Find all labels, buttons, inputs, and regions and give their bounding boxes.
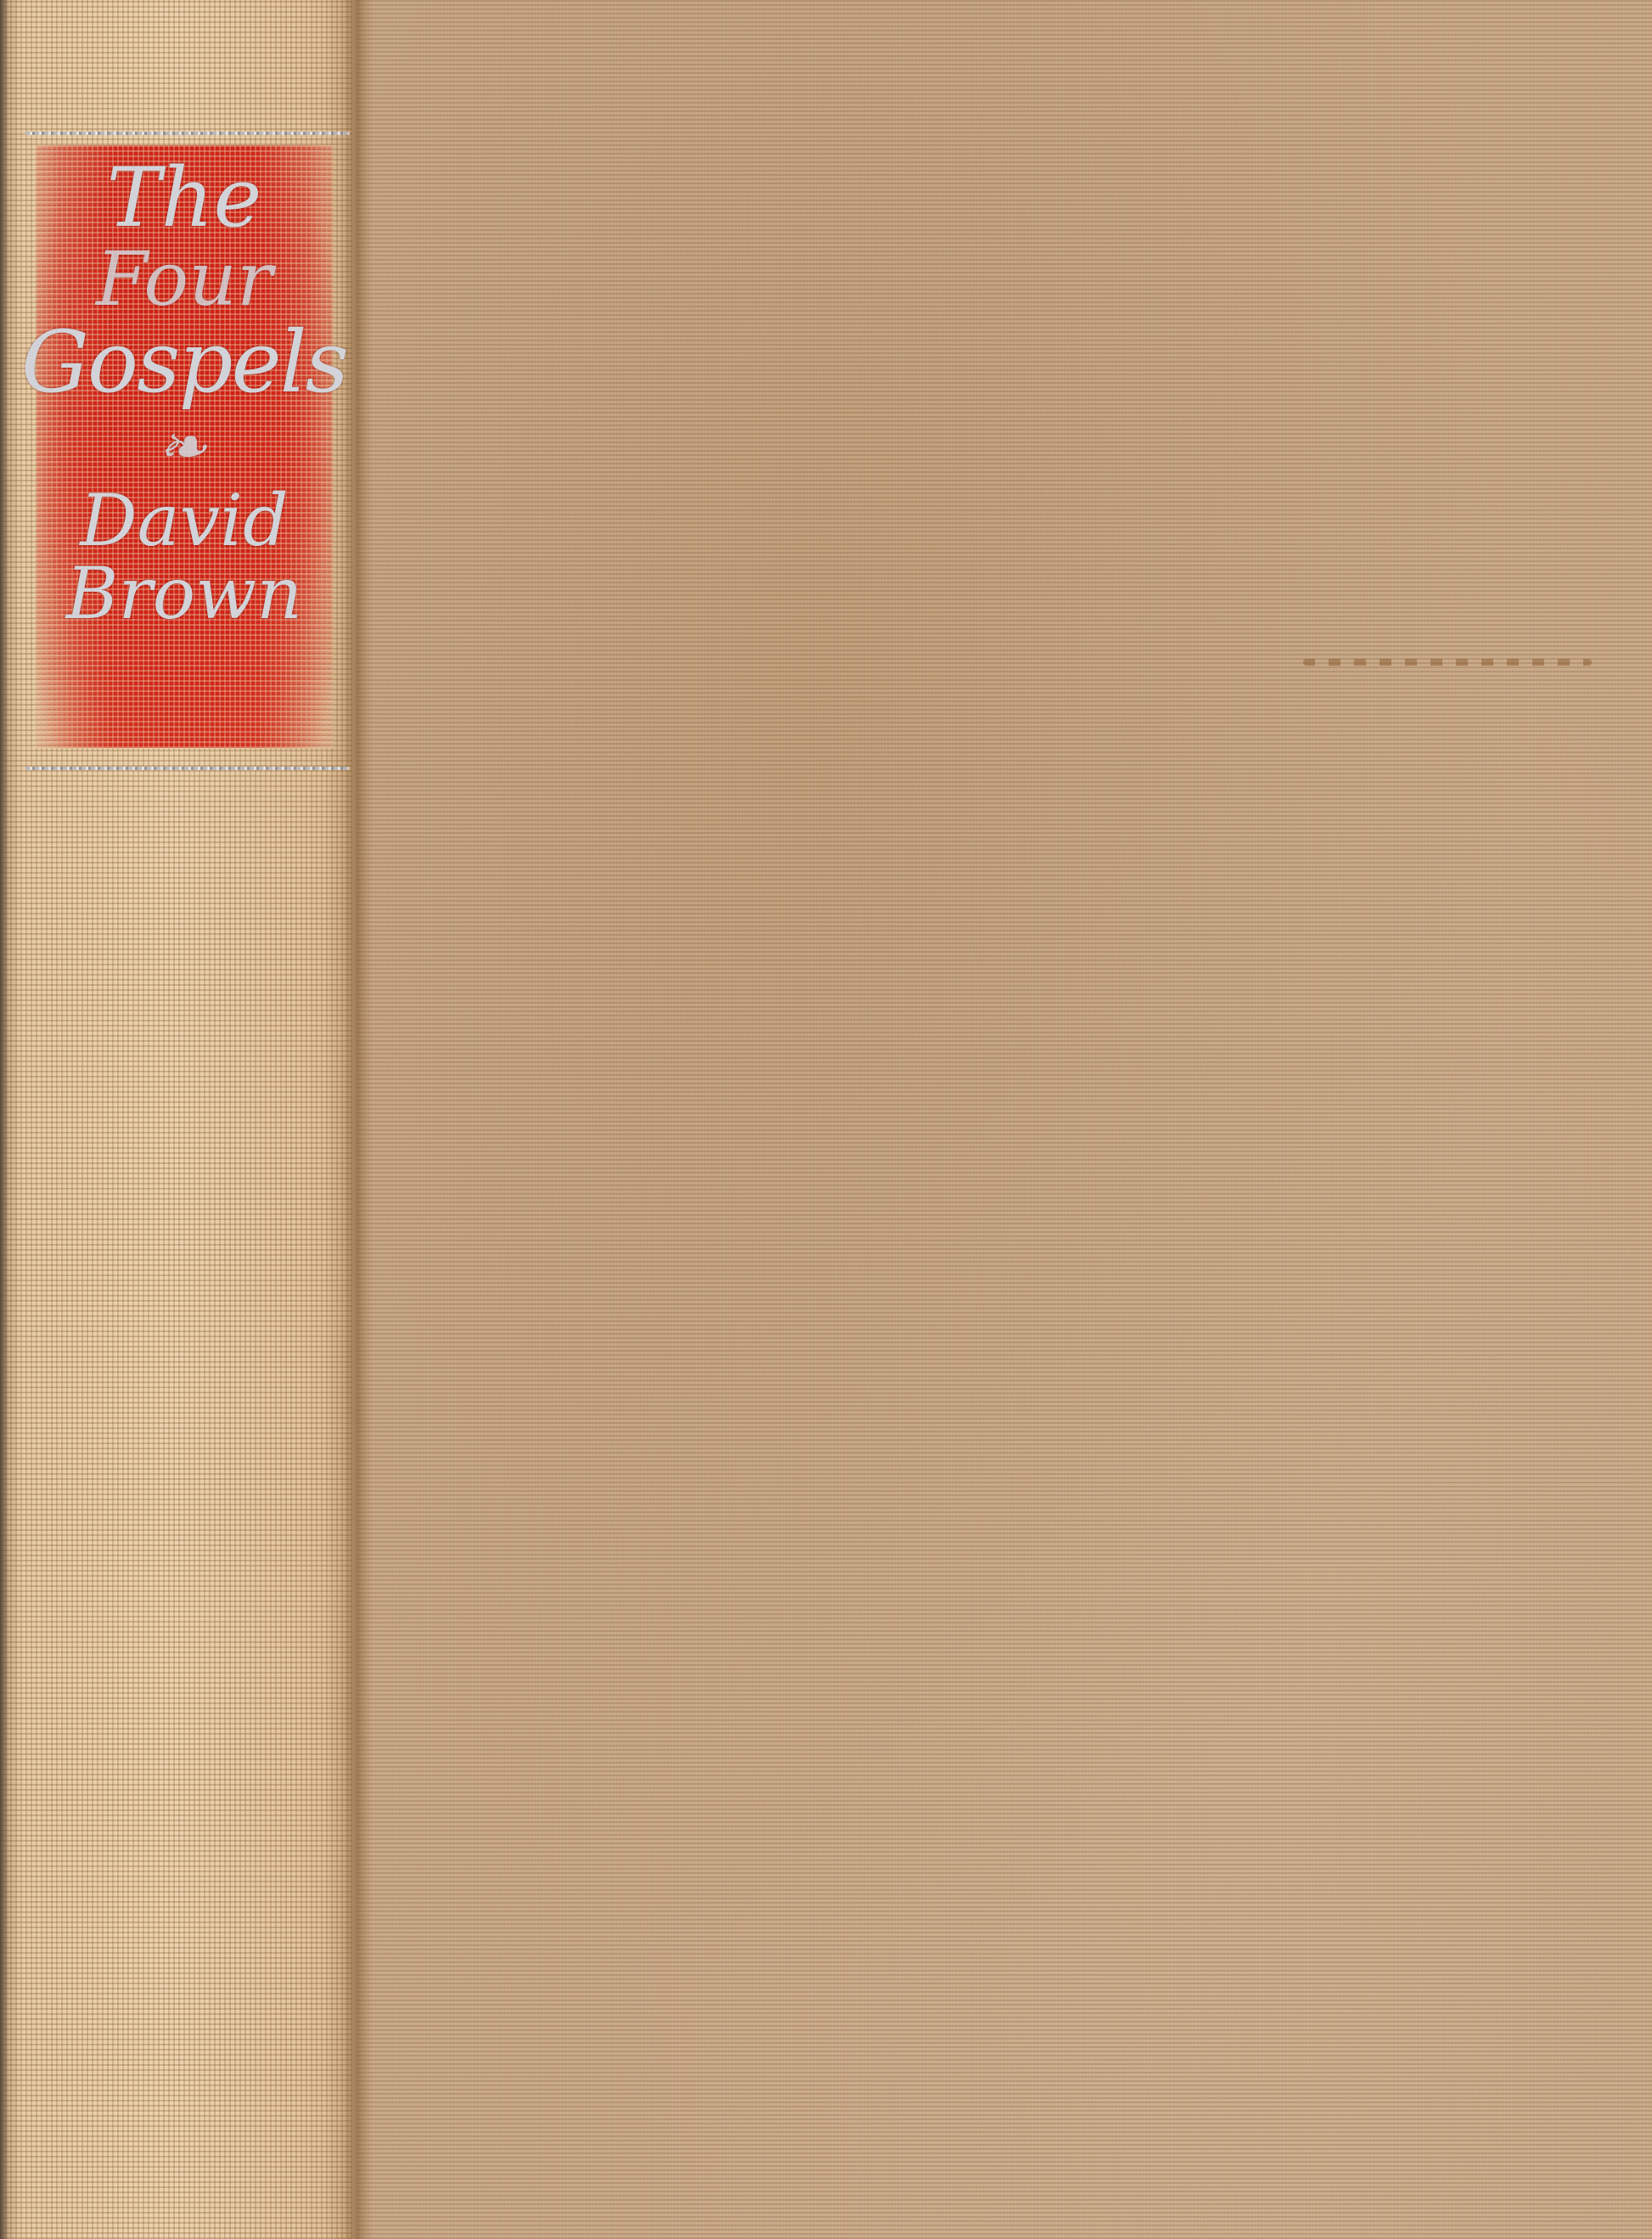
title-word-gospels: Gospels — [21, 320, 347, 405]
label-bottom-rule — [25, 767, 350, 770]
label-text-block: The Four Gospels ❧ David Brown — [19, 157, 350, 745]
book-spine: The Four Gospels ❧ David Brown — [0, 0, 352, 2239]
cover-stain-mark — [1303, 659, 1592, 666]
spine-label: The Four Gospels ❧ David Brown — [19, 132, 350, 770]
label-top-rule — [25, 132, 350, 135]
author-last-name: Brown — [66, 558, 302, 629]
front-cover-cloth — [357, 0, 1652, 2239]
title-word-the: The — [107, 157, 262, 239]
author-first-name: David — [80, 485, 289, 556]
title-word-four: Four — [96, 242, 273, 317]
ornament-flourish-icon: ❧ — [157, 417, 212, 476]
spine-edge-shadow — [0, 0, 8, 2239]
book-photo: The Four Gospels ❧ David Brown — [0, 0, 1652, 2239]
